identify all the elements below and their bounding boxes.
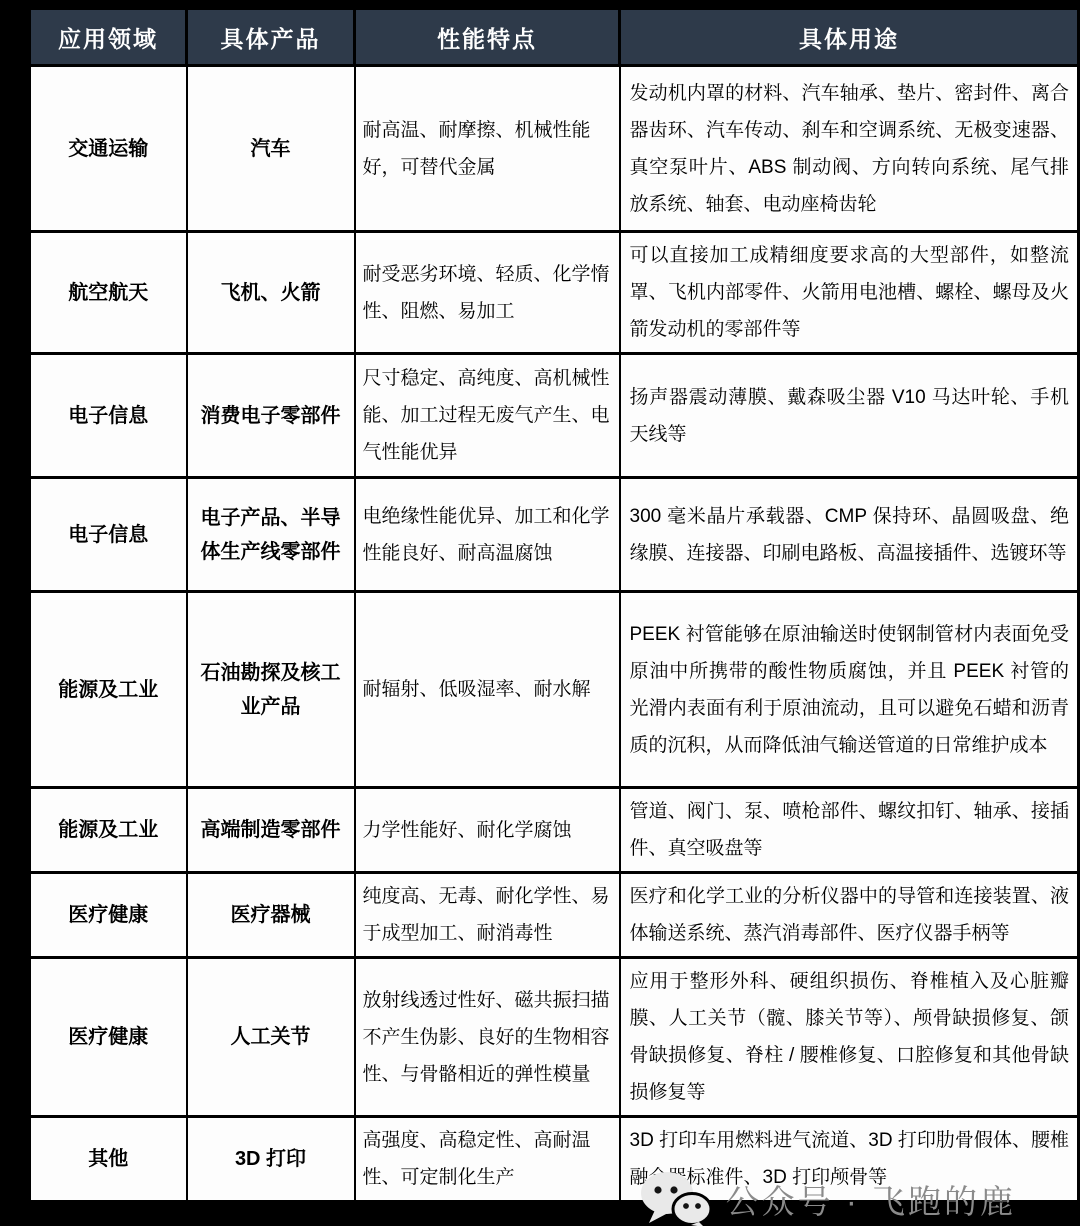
cell-features: 耐高温、耐摩擦、机械性能好，可替代金属 — [355, 66, 620, 232]
cell-field: 医疗健康 — [30, 958, 187, 1117]
cell-product: 汽车 — [187, 66, 355, 232]
table-header: 应用领域 具体产品 性能特点 具体用途 — [30, 9, 1079, 66]
cell-features: 耐受恶劣环境、轻质、化学惰性、阻燃、易加工 — [355, 232, 620, 354]
cell-features: 高强度、高稳定性、高耐温性、可定制化生产 — [355, 1117, 620, 1202]
cell-field: 医疗健康 — [30, 873, 187, 958]
cell-field: 其他 — [30, 1117, 187, 1202]
cell-field: 交通运输 — [30, 66, 187, 232]
header-specific-uses: 具体用途 — [620, 9, 1079, 66]
cell-product: 电子产品、半导体生产线零部件 — [187, 478, 355, 592]
table-row: 航空航天 飞机、火箭 耐受恶劣环境、轻质、化学惰性、阻燃、易加工 可以直接加工成… — [30, 232, 1079, 354]
table-row: 交通运输 汽车 耐高温、耐摩擦、机械性能好，可替代金属 发动机内罩的材料、汽车轴… — [30, 66, 1079, 232]
cell-features: 放射线透过性好、磁共振扫描不产生伪影、良好的生物相容性、与骨骼相近的弹性模量 — [355, 958, 620, 1117]
cell-features: 电绝缘性能优异、加工和化学性能良好、耐高温腐蚀 — [355, 478, 620, 592]
cell-features: 纯度高、无毒、耐化学性、易于成型加工、耐消毒性 — [355, 873, 620, 958]
cell-product: 高端制造零部件 — [187, 788, 355, 873]
cell-uses: 发动机内罩的材料、汽车轴承、垫片、密封件、离合器齿环、汽车传动、刹车和空调系统、… — [620, 66, 1079, 232]
cell-uses: 可以直接加工成精细度要求高的大型部件，如整流罩、飞机内部零件、火箭用电池槽、螺栓… — [620, 232, 1079, 354]
cell-field: 电子信息 — [30, 478, 187, 592]
watermark-text: 公众号 · 飞跑的鹿 — [726, 1176, 1016, 1223]
cell-product: 飞机、火箭 — [187, 232, 355, 354]
cell-uses: 应用于整形外科、硬组织损伤、脊椎植入及心脏瓣膜、人工关节（髋、膝关节等）、颅骨缺… — [620, 958, 1079, 1117]
table-row: 医疗健康 人工关节 放射线透过性好、磁共振扫描不产生伪影、良好的生物相容性、与骨… — [30, 958, 1079, 1117]
wechat-icon — [640, 1171, 712, 1226]
cell-field: 电子信息 — [30, 354, 187, 478]
peek-applications-table: 应用领域 具体产品 性能特点 具体用途 交通运输 汽车 耐高温、耐摩擦、机械性能… — [28, 7, 1080, 1203]
cell-field: 能源及工业 — [30, 788, 187, 873]
table-body: 交通运输 汽车 耐高温、耐摩擦、机械性能好，可替代金属 发动机内罩的材料、汽车轴… — [30, 66, 1079, 1202]
cell-uses: 300 毫米晶片承载器、CMP 保持环、晶圆吸盘、绝缘膜、连接器、印刷电路板、高… — [620, 478, 1079, 592]
cell-uses: 医疗和化学工业的分析仪器中的导管和连接装置、液体输送系统、蒸汽消毒部件、医疗仪器… — [620, 873, 1079, 958]
cell-product: 3D 打印 — [187, 1117, 355, 1202]
table-row: 能源及工业 石油勘探及核工业产品 耐辐射、低吸湿率、耐水解 PEEK 衬管能够在… — [30, 592, 1079, 788]
cell-features: 耐辐射、低吸湿率、耐水解 — [355, 592, 620, 788]
cell-product: 人工关节 — [187, 958, 355, 1117]
cell-features: 力学性能好、耐化学腐蚀 — [355, 788, 620, 873]
header-application-field: 应用领域 — [30, 9, 187, 66]
cell-field: 航空航天 — [30, 232, 187, 354]
cell-uses: 扬声器震动薄膜、戴森吸尘器 V10 马达叶轮、手机天线等 — [620, 354, 1079, 478]
cell-features: 尺寸稳定、高纯度、高机械性能、加工过程无废气产生、电气性能优异 — [355, 354, 620, 478]
header-specific-product: 具体产品 — [187, 9, 355, 66]
cell-field: 能源及工业 — [30, 592, 187, 788]
table-row: 电子信息 消费电子零部件 尺寸稳定、高纯度、高机械性能、加工过程无废气产生、电气… — [30, 354, 1079, 478]
page: 应用领域 具体产品 性能特点 具体用途 交通运输 汽车 耐高温、耐摩擦、机械性能… — [0, 0, 1080, 1226]
cell-product: 石油勘探及核工业产品 — [187, 592, 355, 788]
table-row: 电子信息 电子产品、半导体生产线零部件 电绝缘性能优异、加工和化学性能良好、耐高… — [30, 478, 1079, 592]
table-row: 医疗健康 医疗器械 纯度高、无毒、耐化学性、易于成型加工、耐消毒性 医疗和化学工… — [30, 873, 1079, 958]
cell-product: 医疗器械 — [187, 873, 355, 958]
watermark: 公众号 · 飞跑的鹿 — [640, 1176, 1016, 1222]
cell-uses: 管道、阀门、泵、喷枪部件、螺纹扣钉、轴承、接插件、真空吸盘等 — [620, 788, 1079, 873]
cell-uses: PEEK 衬管能够在原油输送时使钢制管材内表面免受原油中所携带的酸性物质腐蚀，并… — [620, 592, 1079, 788]
table-row: 能源及工业 高端制造零部件 力学性能好、耐化学腐蚀 管道、阀门、泵、喷枪部件、螺… — [30, 788, 1079, 873]
cell-product: 消费电子零部件 — [187, 354, 355, 478]
header-performance-features: 性能特点 — [355, 9, 620, 66]
header-row: 应用领域 具体产品 性能特点 具体用途 — [30, 9, 1079, 66]
